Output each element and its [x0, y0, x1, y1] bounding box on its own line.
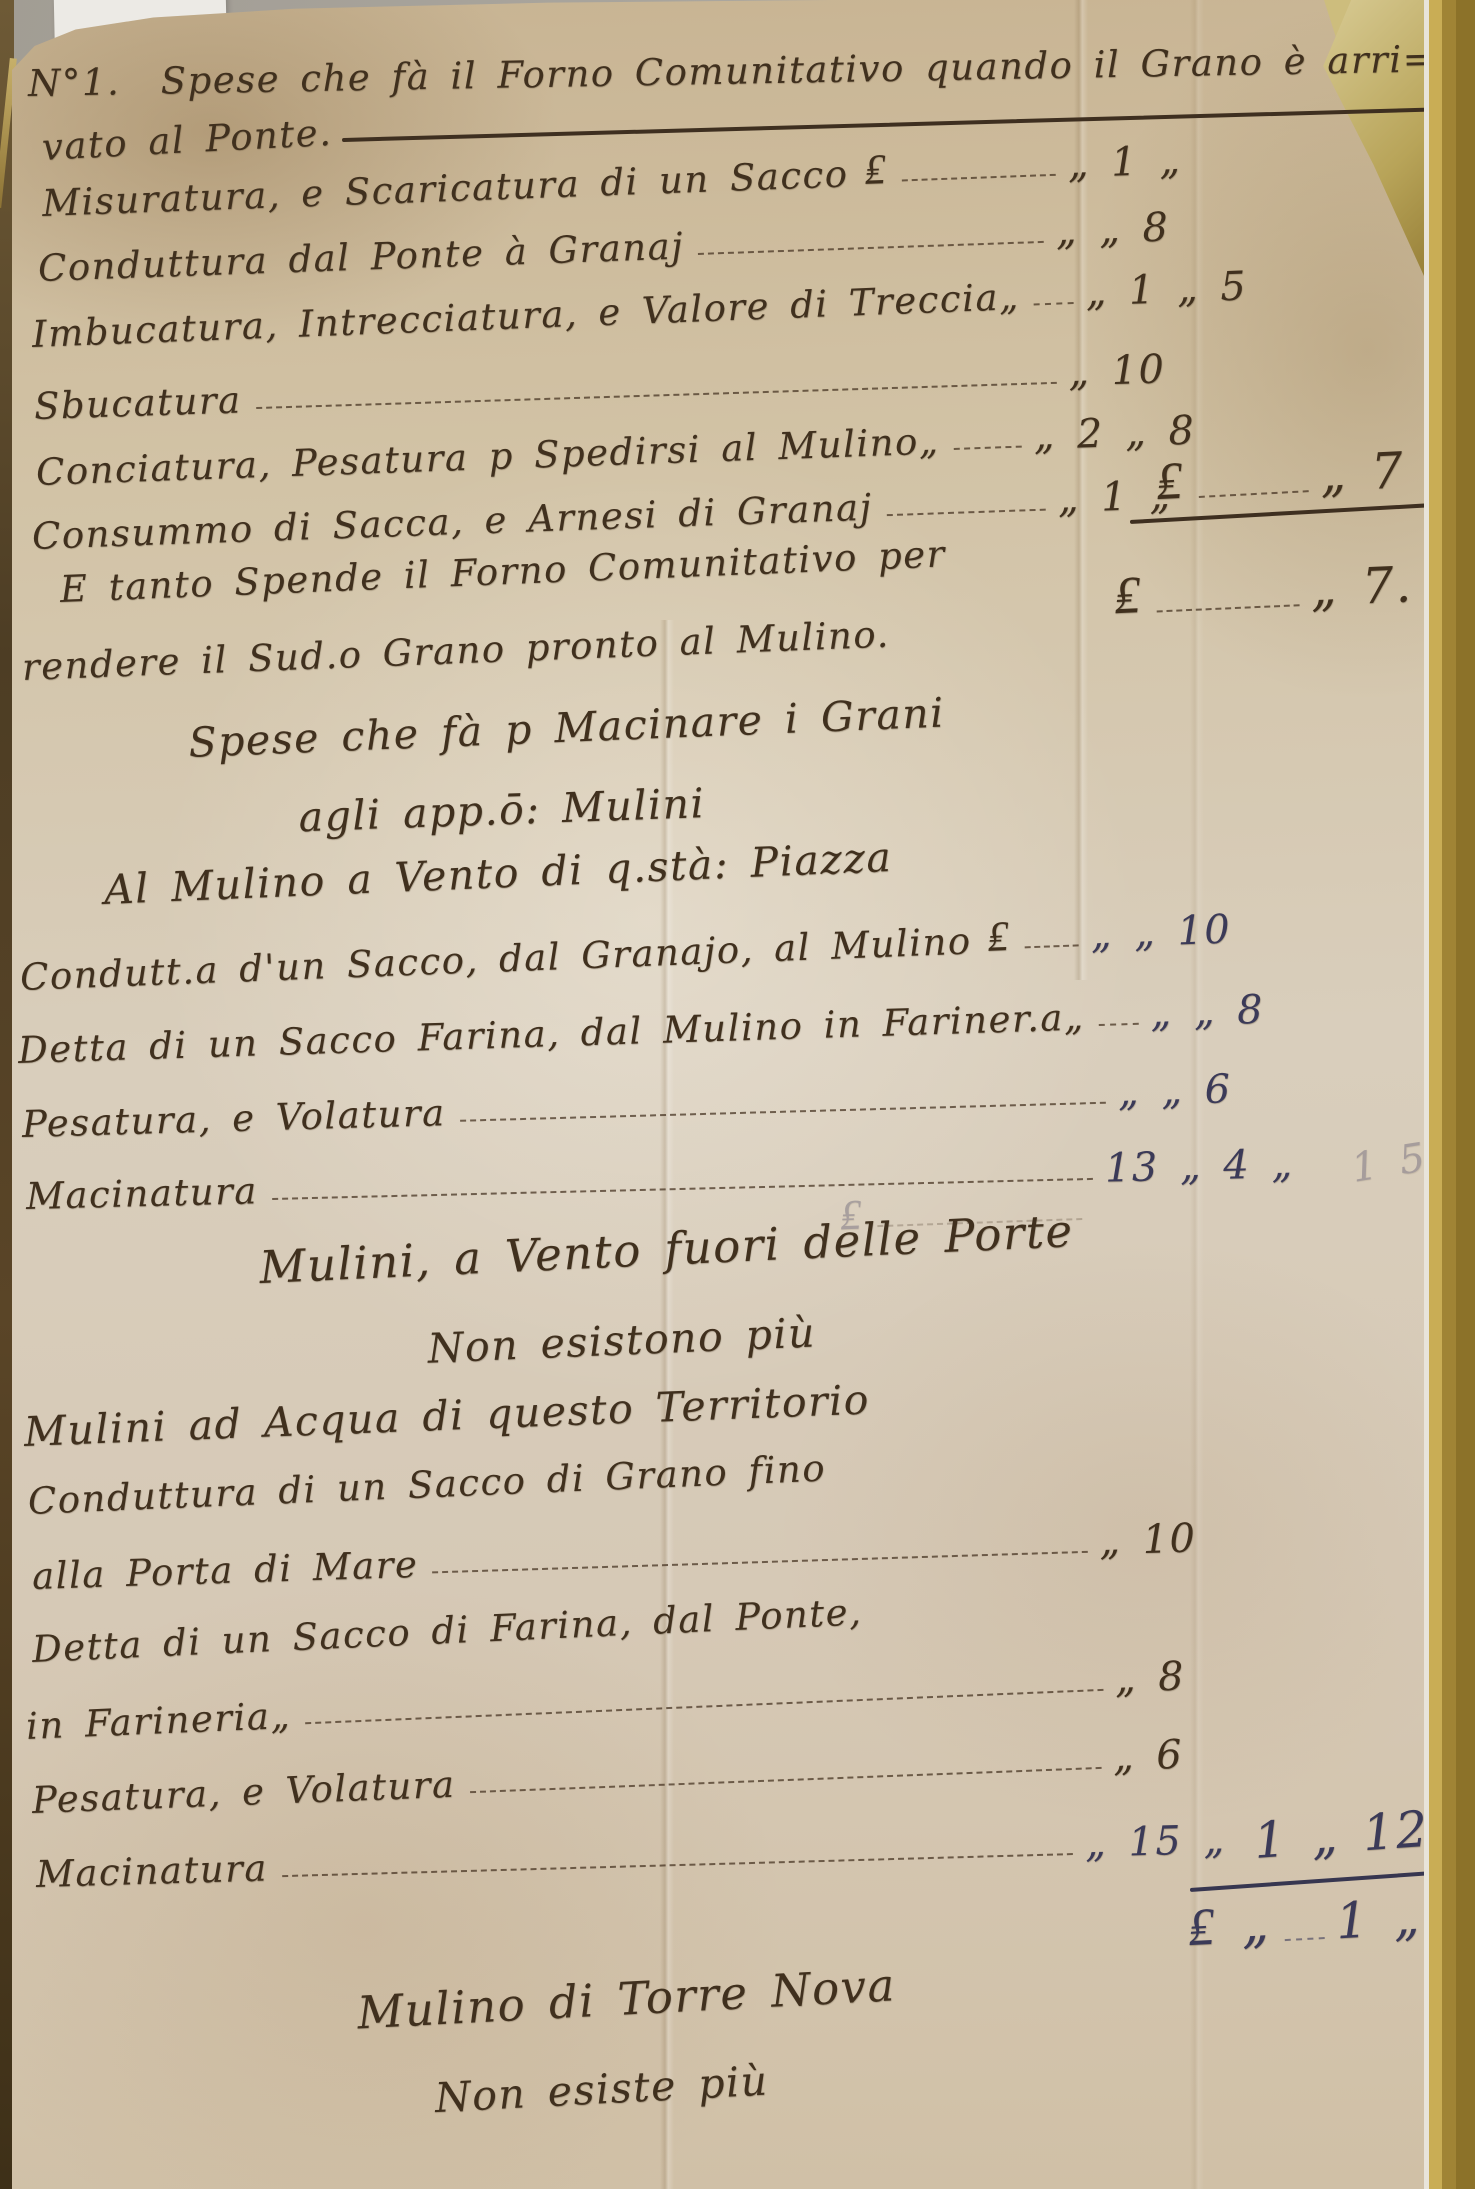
row-label: Conciatura, Pesatura p Spedirsi al Mulin…	[35, 419, 940, 494]
book-page-edges	[1420, 0, 1475, 2189]
expense-row: Conduttura di un Sacco di Grano fino	[27, 1438, 1038, 1523]
section-heading: Mulini, a Vento fuori delle Porte	[151, 1199, 1182, 1299]
dotted-leader	[954, 446, 1022, 450]
lira-symbol: ₤	[986, 912, 1011, 962]
row-value: „ 8	[1114, 1653, 1186, 1702]
dotted-leader	[1285, 1937, 1325, 1941]
heading-text: Mulino di Torre Nova	[356, 1958, 897, 2039]
row-label: Pesatura, e Volatura	[31, 1763, 456, 1822]
row-label: Macinatura	[35, 1847, 268, 1896]
heading-line-1: N°1. Spese che fà il Forno Comunitativo …	[28, 38, 1421, 105]
row-label: Pesatura, e Volatura	[21, 1091, 446, 1146]
section-heading: Spese che fà p Macinare i Grani	[111, 685, 1022, 769]
section-heading: Mulino di Torre Nova	[251, 1953, 1003, 2045]
row-value: 13 „ 4 „	[1104, 1141, 1294, 1192]
lira-symbol: ₤ „	[1186, 1893, 1271, 1958]
heading-text: vato al Ponte.	[41, 111, 333, 169]
heading-text: Non esistono più	[427, 1308, 817, 1372]
row-label: Detta di un Sacco Farina, dal Mulino in …	[17, 995, 1085, 1071]
expense-row: Detta di un Sacco Farina, dal Mulino in …	[17, 988, 1230, 1072]
row-value: „ „ 8	[1055, 205, 1170, 255]
expense-row: in Farineria„ „ 8	[25, 1653, 1186, 1748]
closing-line-2: rendere il Sud.o Grano pronto al Mulino.	[21, 611, 942, 689]
row-label: Conduttura di un Sacco di Grano fino	[27, 1447, 827, 1523]
row-value: „ 1 „ 5	[1085, 263, 1248, 315]
dotted-leader	[1099, 1023, 1139, 1026]
expense-row: Detta di un Sacco di Farina, dal Ponte,	[31, 1581, 1062, 1671]
row-label: in Farineria„	[25, 1694, 292, 1748]
row-value: „ 10	[1099, 1515, 1198, 1564]
heading-text: Mulini ad Acqua di questo Territorio	[23, 1376, 871, 1456]
dotted-leader	[1025, 944, 1079, 948]
lira-symbol: ₤	[1113, 564, 1144, 626]
dotted-leader	[470, 1767, 1102, 1793]
heading-text: Al Mulino a Vento di q.stà: Piazza	[103, 833, 893, 914]
heading-text: Non esiste più	[434, 2057, 770, 2122]
expense-row: Pesatura, e Volatura „ 6	[31, 1732, 1184, 1822]
dotted-leader	[1157, 604, 1300, 612]
dotted-leader	[901, 174, 1056, 182]
expense-row: Macinatura „ 15 „	[35, 1817, 1226, 1896]
dotted-leader	[432, 1551, 1087, 1574]
doc-number: N°1.	[28, 60, 121, 105]
dotted-leader	[460, 1102, 1106, 1122]
row-label: Detta di un Sacco di Farina, dal Ponte,	[31, 1590, 863, 1671]
dotted-leader	[1199, 490, 1309, 498]
heading-text: agli app.ō: Mulini	[298, 779, 706, 841]
section-subheading: Non esiste più	[321, 2051, 883, 2128]
row-label: Macinatura	[26, 1169, 259, 1218]
dotted-leader	[887, 509, 1046, 517]
section-subheading: agli app.ō: Mulini	[221, 776, 782, 844]
dotted-leader	[282, 1853, 1073, 1877]
row-label: Condutt.a d'un Sacco, dal Granajo, al Mu…	[19, 919, 972, 999]
dotted-leader	[305, 1689, 1103, 1724]
section-subheading: Non esistono più	[301, 1303, 942, 1378]
dotted-leader	[256, 382, 1057, 409]
expense-row: Condutt.a d'un Sacco, dal Granajo, al Mu…	[19, 903, 1232, 998]
row-value: „ „ 8	[1150, 987, 1265, 1037]
expense-row: Pesatura, e Volatura „ „ 6	[21, 1066, 1232, 1146]
lira-symbol: ₤	[863, 145, 888, 195]
heading-line-2: vato al Ponte.	[41, 109, 373, 169]
heading-text: Spese che fà il Forno Comunitativo quand…	[160, 37, 1435, 102]
book-binding-strip	[0, 0, 14, 2189]
row-label: Imbucatura, Intrecciatura, e Valore di T…	[31, 275, 1020, 356]
row-label: Sbucatura	[33, 378, 242, 427]
dotted-leader	[1034, 302, 1074, 306]
row-label: Misuratura, e Scaricatura di un Sacco	[41, 152, 849, 225]
row-value: „ „ 6	[1117, 1066, 1232, 1115]
row-value: „ 6	[1112, 1732, 1184, 1781]
row-label: Conduttura dal Ponte à Granaj	[37, 224, 684, 290]
row-value: „ 15 „	[1084, 1817, 1226, 1867]
heading-text: Mulini, a Vento fuori delle Porte	[258, 1204, 1074, 1294]
row-label: alla Porta di Mare	[31, 1543, 419, 1598]
dotted-leader	[698, 241, 1044, 255]
row-value: „ „ 10	[1090, 906, 1232, 957]
closing-text: rendere il Sud.o Grano pronto al Mulino.	[21, 613, 890, 689]
heading-text: Spese che fà p Macinare i Grani	[188, 689, 946, 767]
manuscript-page: N°1. Spese che fà il Forno Comunitativo …	[12, 0, 1424, 2189]
row-value: „ 10	[1068, 346, 1167, 395]
heading-rule	[342, 108, 1427, 142]
lira-symbol: ₤	[1154, 450, 1185, 512]
total-row: ₤ „ 7. 7	[1097, 550, 1471, 627]
row-value: „ 1 „	[1067, 137, 1182, 187]
